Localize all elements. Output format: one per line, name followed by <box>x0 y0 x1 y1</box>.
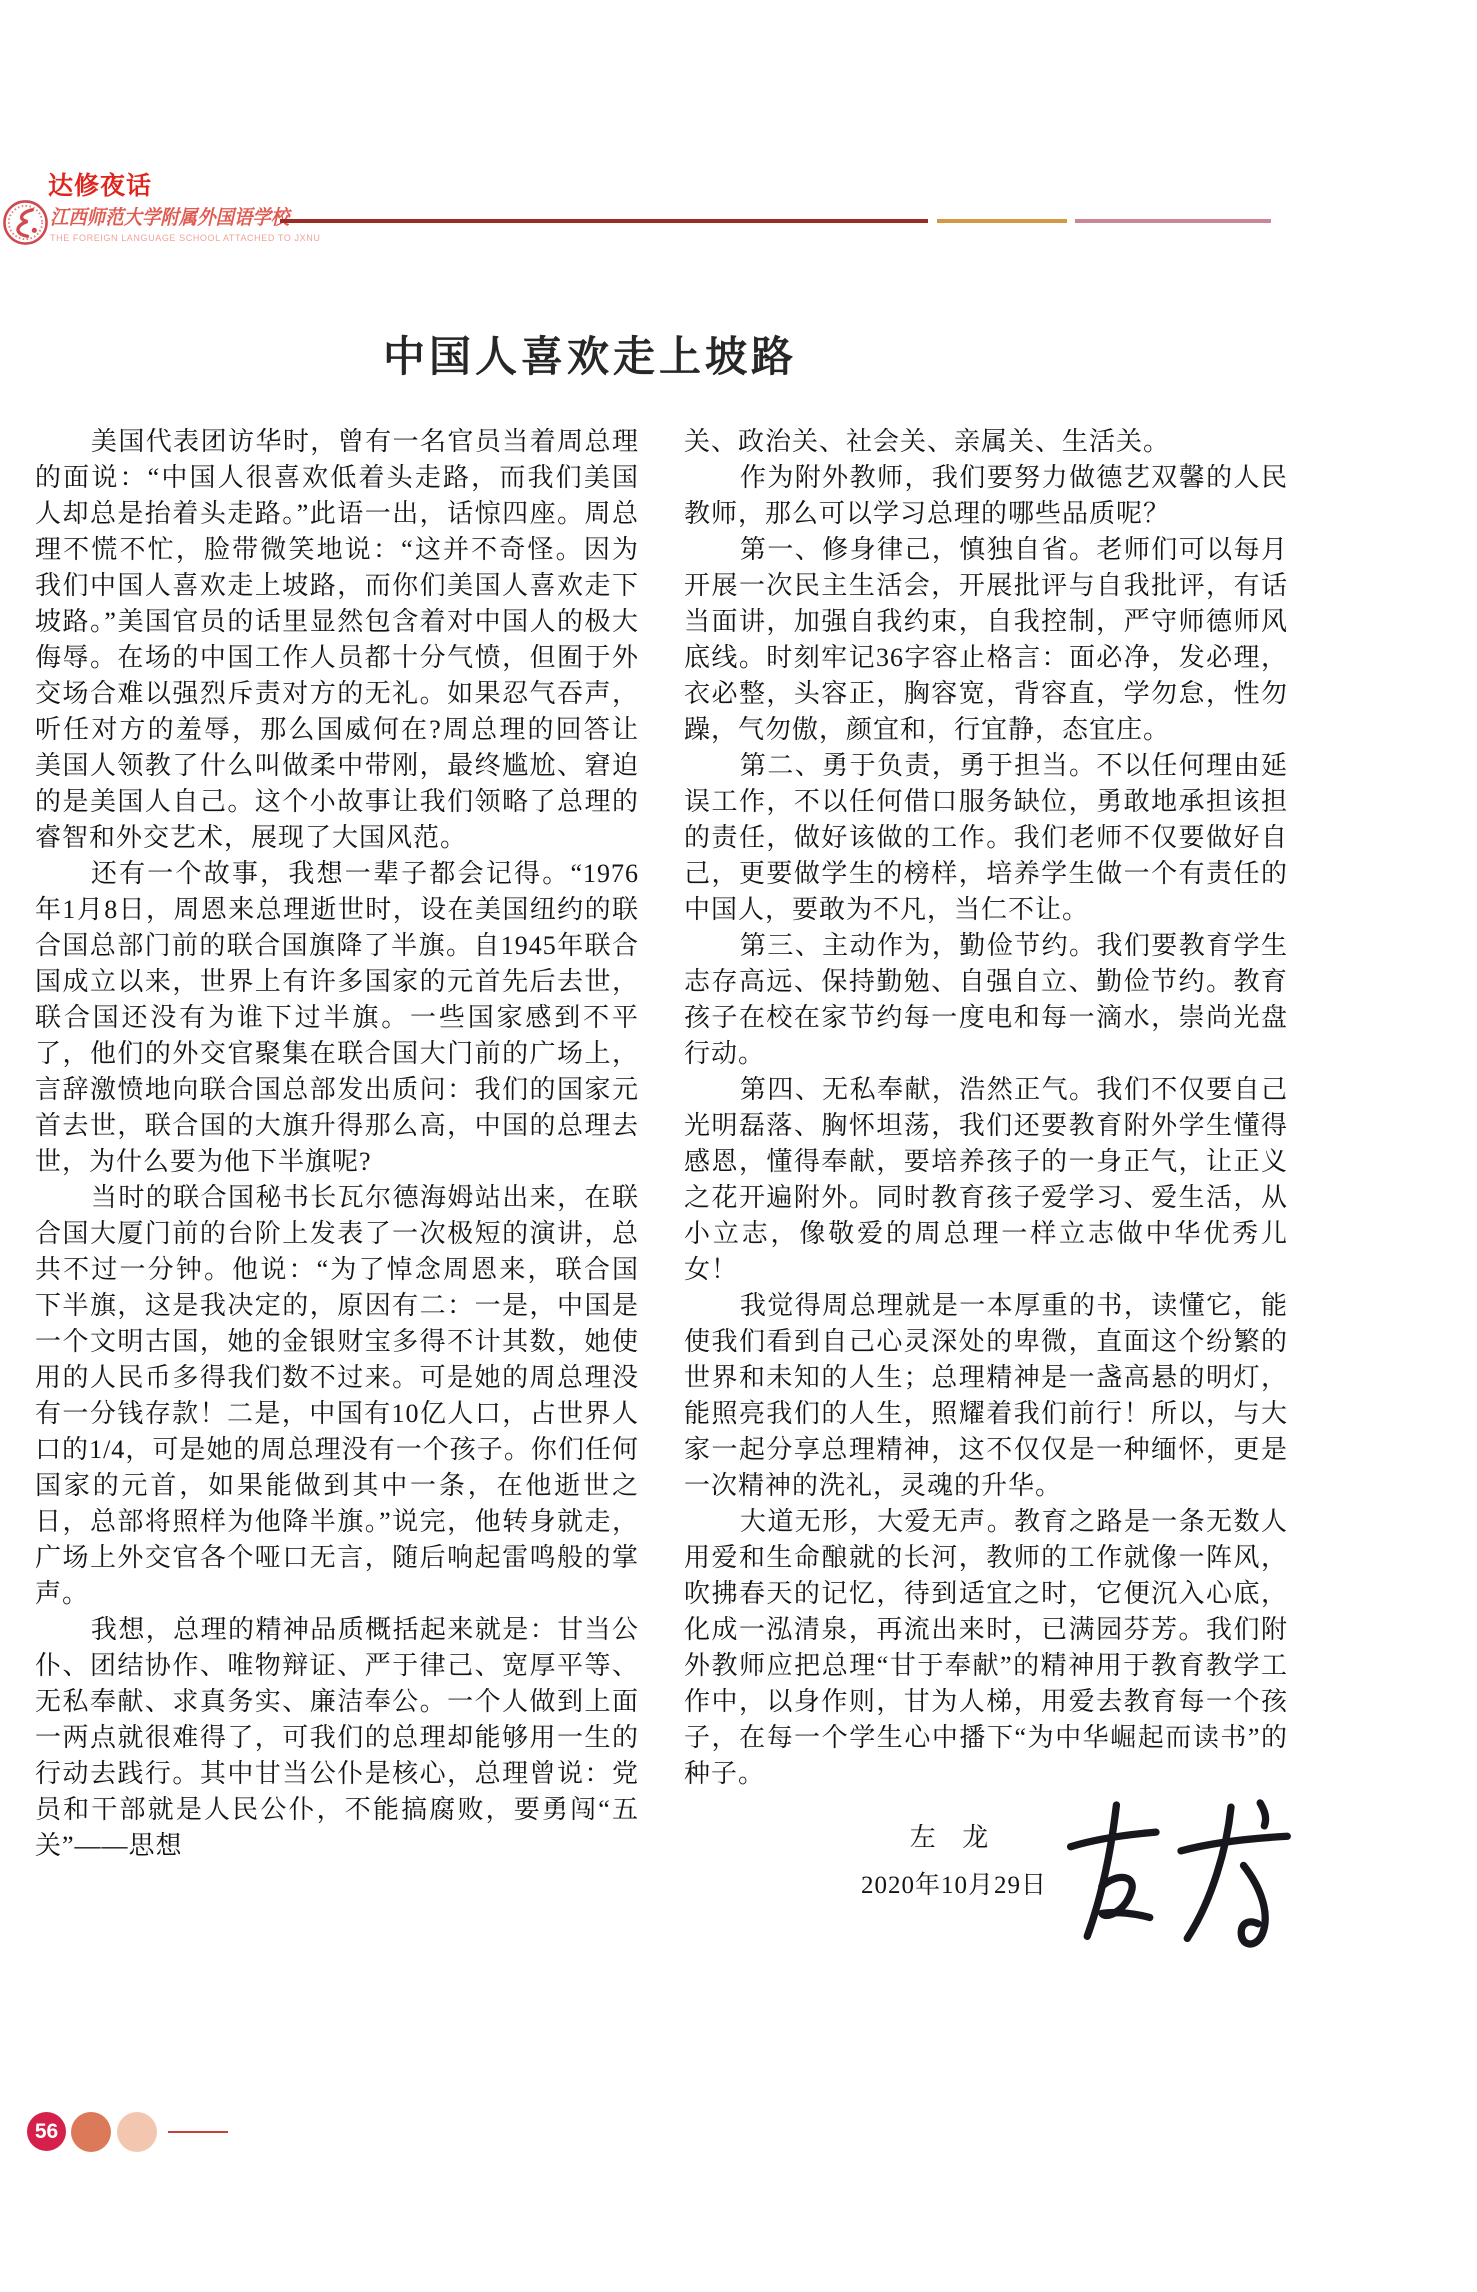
signature-block: 左 龙 2020年10月29日 <box>684 1798 1288 1948</box>
decorative-dot-mid <box>71 2112 111 2152</box>
section-label: 达修夜话 <box>48 166 152 202</box>
article-paragraph: 第三、主动作为，勤俭节约。我们要教育学生志存高远、保持勤勉、自强自立、勤俭节约。… <box>684 928 1288 1072</box>
footer-rule <box>168 2131 228 2133</box>
article-column-right: 关、政治关、社会关、亲属关、生活关。作为附外教师，我们要努力做德艺双馨的人民教师… <box>684 424 1288 1948</box>
article-paragraph: 作为附外教师，我们要努力做德艺双馨的人民教师，那么可以学习总理的哪些品质呢？ <box>684 460 1288 532</box>
article-paragraph: 第四、无私奉献，浩然正气。我们不仅要自己光明磊落、胸怀坦荡，我们还要教育附外学生… <box>684 1072 1288 1288</box>
decorative-dot-light <box>117 2112 157 2152</box>
article-paragraph: 关、政治关、社会关、亲属关、生活关。 <box>684 424 1288 460</box>
article-paragraph: 当时的联合国秘书长瓦尔德海姆站出来，在联合国大厦门前的台阶上发表了一次极短的演讲… <box>35 1180 639 1612</box>
handwritten-signature-icon <box>1056 1784 1306 1974</box>
header-rule-gold <box>937 219 1067 223</box>
header-rule-pink <box>1075 219 1271 223</box>
article-title: 中国人喜欢走上坡路 <box>0 324 1180 384</box>
page-number-badge: 56 <box>27 2112 66 2151</box>
school-name-zh: 江西师范大学附属外国语学校 <box>50 201 289 230</box>
article-body: 美国代表团访华时，曾有一名官员当着周总理的面说：“中国人很喜欢低着头走路，而我们… <box>35 424 1288 1948</box>
magazine-page: 达修夜话 江西师范大学附属外国语学校 THE FOREIGN LANGUAGE … <box>0 0 1477 2292</box>
school-name-en: THE FOREIGN LANGUAGE SCHOOL ATTACHED TO … <box>50 233 320 243</box>
page-number: 56 <box>35 2120 58 2144</box>
header-rule-dark-red <box>280 219 928 223</box>
article-paragraph: 大道无形，大爱无声。教育之路是一条无数人用爱和生命酿就的长河，教师的工作就像一阵… <box>684 1504 1288 1792</box>
article-paragraph: 第二、勇于负责，勇于担当。不以任何理由延误工作，不以任何借口服务缺位，勇敢地承担… <box>684 748 1288 928</box>
article-paragraph: 第一、修身律己，慎独自省。老师们可以每月开展一次民主生活会，开展批评与自我批评，… <box>684 532 1288 748</box>
article-paragraph: 我想，总理的精神品质概括起来就是：甘当公仆、团结协作、唯物辩证、严于律己、宽厚平… <box>35 1612 639 1864</box>
article-column-left: 美国代表团访华时，曾有一名官员当着周总理的面说：“中国人很喜欢低着头走路，而我们… <box>35 424 639 1948</box>
article-paragraph: 美国代表团访华时，曾有一名官员当着周总理的面说：“中国人很喜欢低着头走路，而我们… <box>35 424 639 856</box>
article-paragraph: 我觉得周总理就是一本厚重的书，读懂它，能使我们看到自己心灵深处的卑微，直面这个纷… <box>684 1288 1288 1504</box>
article-paragraph: 还有一个故事，我想一辈子都会记得。“1976年1月8日，周恩来总理逝世时，设在美… <box>35 856 639 1180</box>
school-seal-icon <box>2 199 49 246</box>
